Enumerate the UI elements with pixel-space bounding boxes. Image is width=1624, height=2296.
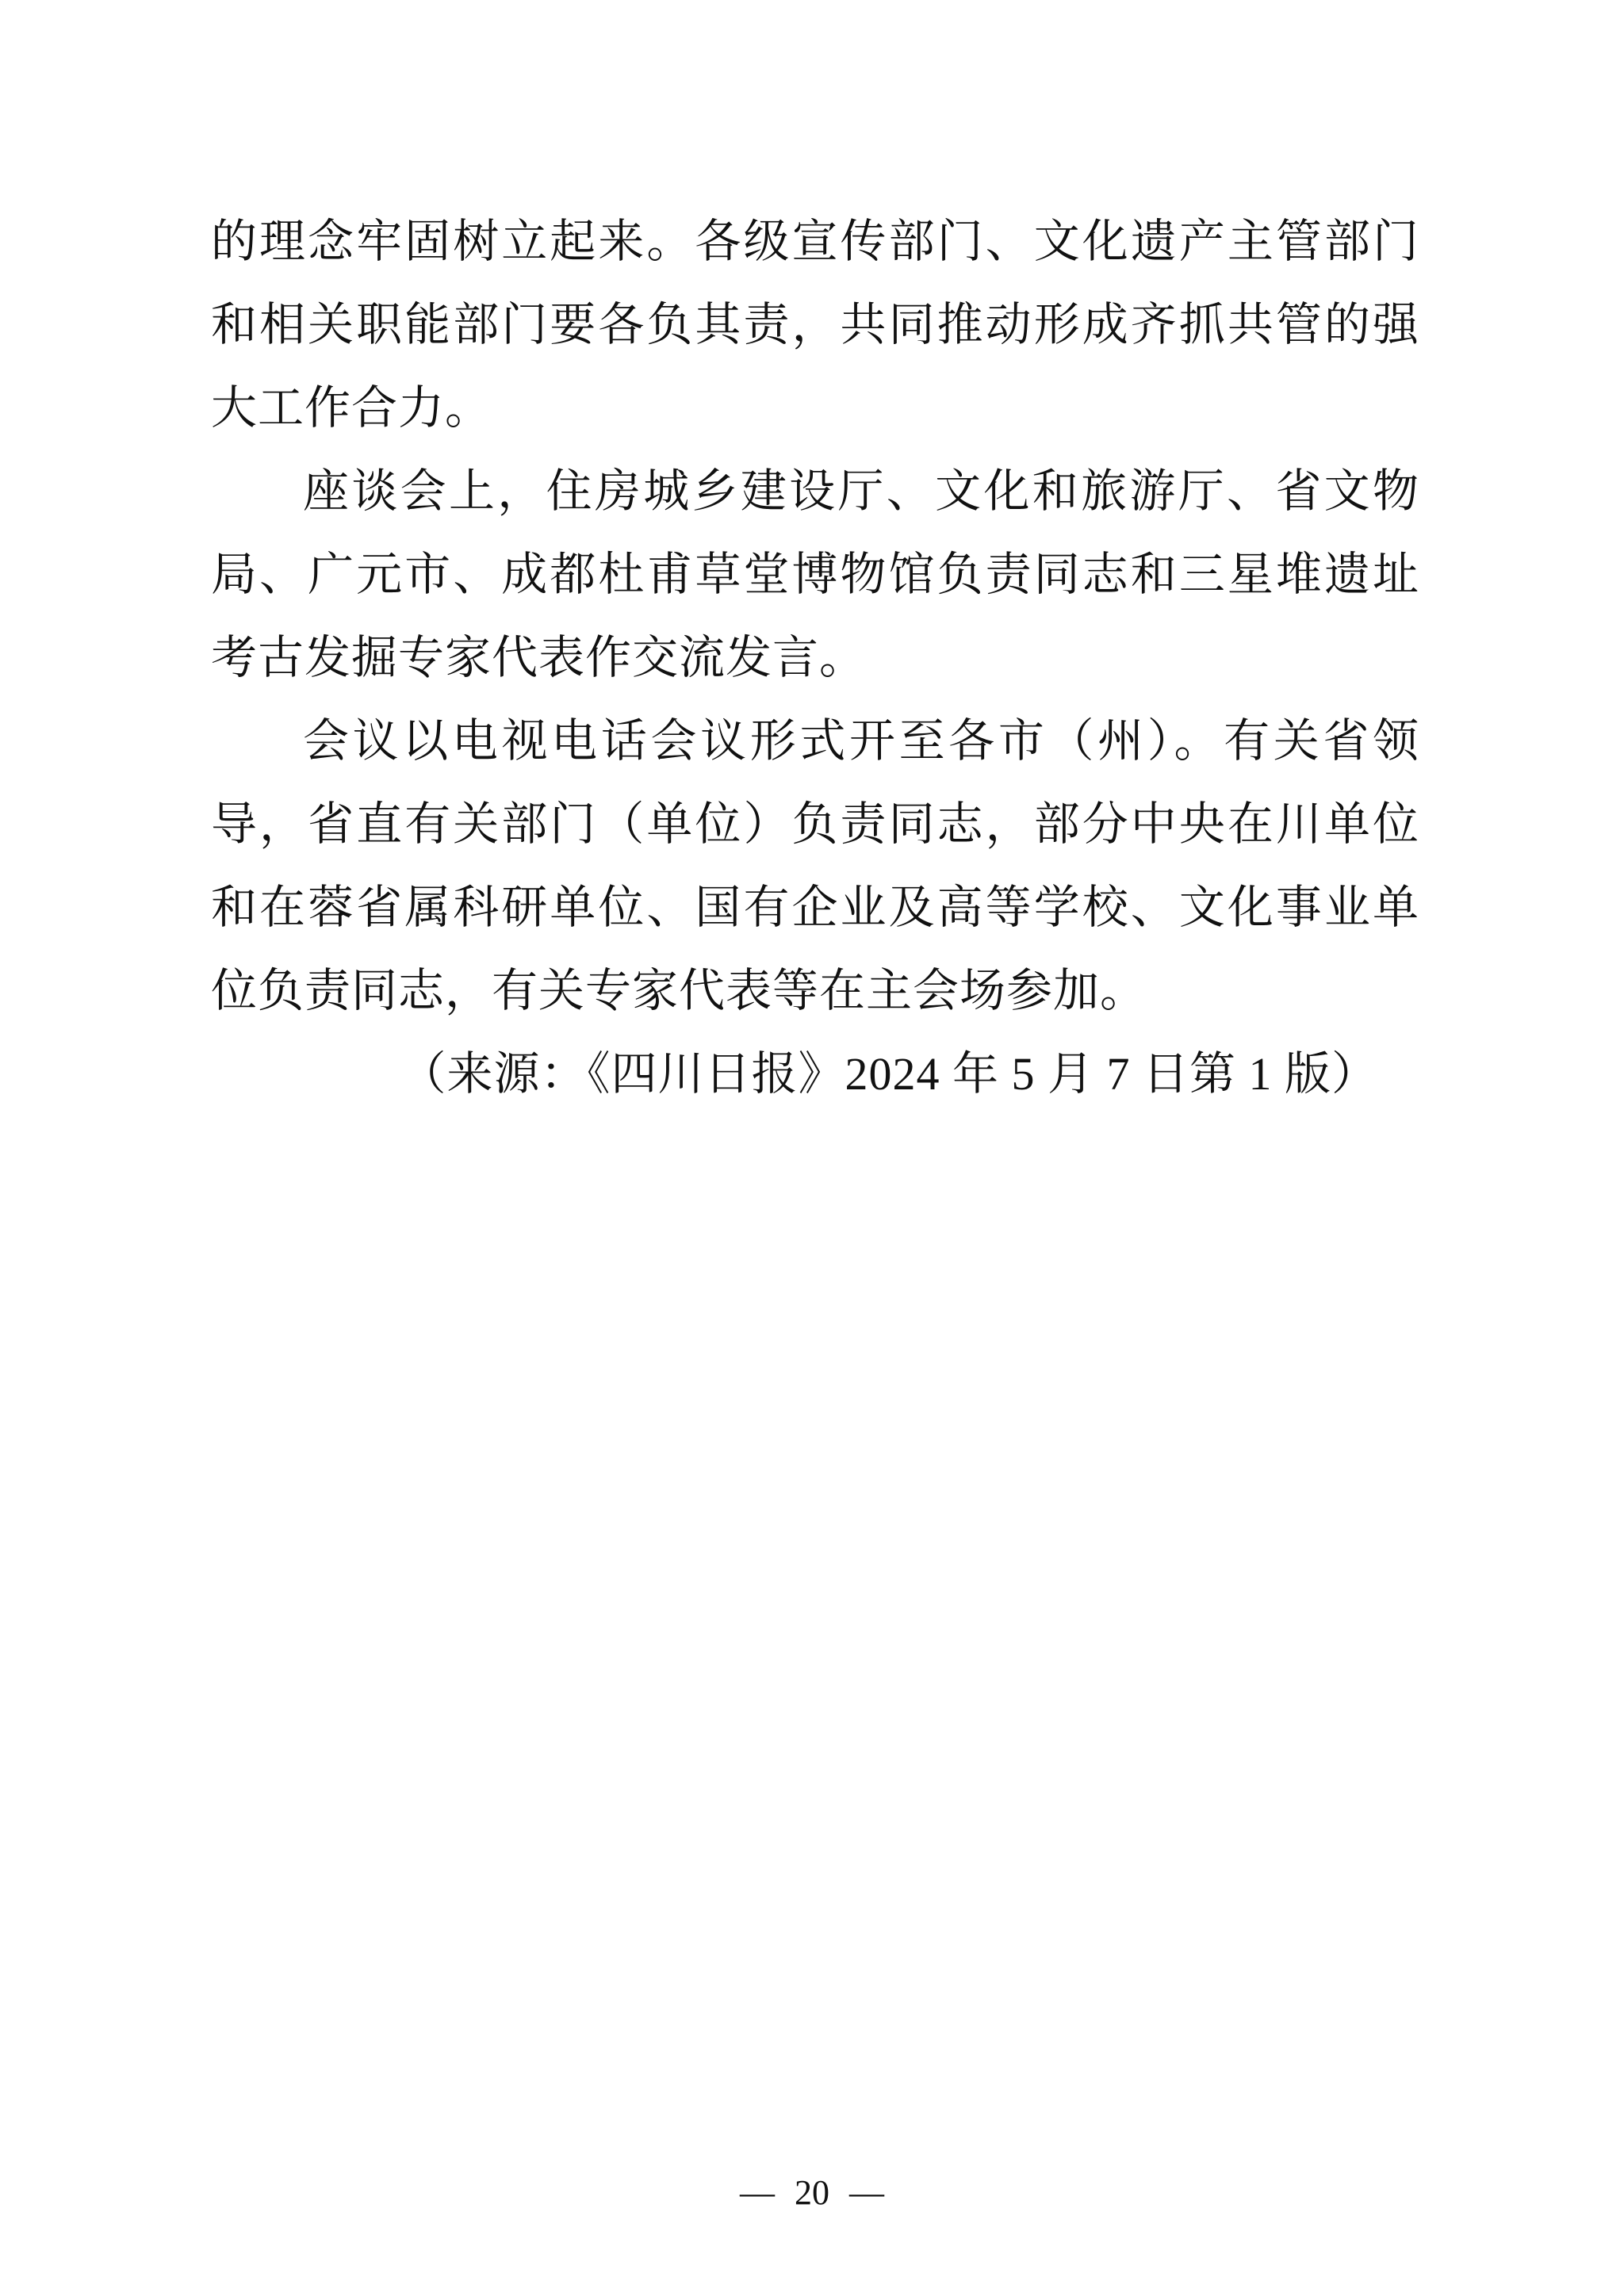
paragraph-continuation: 的理念牢固树立起来。各级宣传部门、文化遗产主管部门和相关职能部门要各负其责，共同… [211, 200, 1419, 450]
page-footer: — 20 — [0, 2171, 1624, 2215]
source-line: （来源：《四川日报》2024 年 5 月 7 日第 1 版） [211, 1032, 1419, 1115]
paragraph: 座谈会上，住房城乡建设厅、文化和旅游厅、省文物局、广元市、成都杜甫草堂博物馆负责… [211, 450, 1419, 699]
body-text: 的理念牢固树立起来。各级宣传部门、文化遗产主管部门和相关职能部门要各负其责，共同… [211, 200, 1419, 1115]
document-page: 的理念牢固树立起来。各级宣传部门、文化遗产主管部门和相关职能部门要各负其责，共同… [0, 0, 1624, 2296]
paragraph: 会议以电视电话会议形式开至各市（州）。有关省领导，省直有关部门（单位）负责同志，… [211, 699, 1419, 1032]
page-number: — 20 — [740, 2173, 884, 2212]
